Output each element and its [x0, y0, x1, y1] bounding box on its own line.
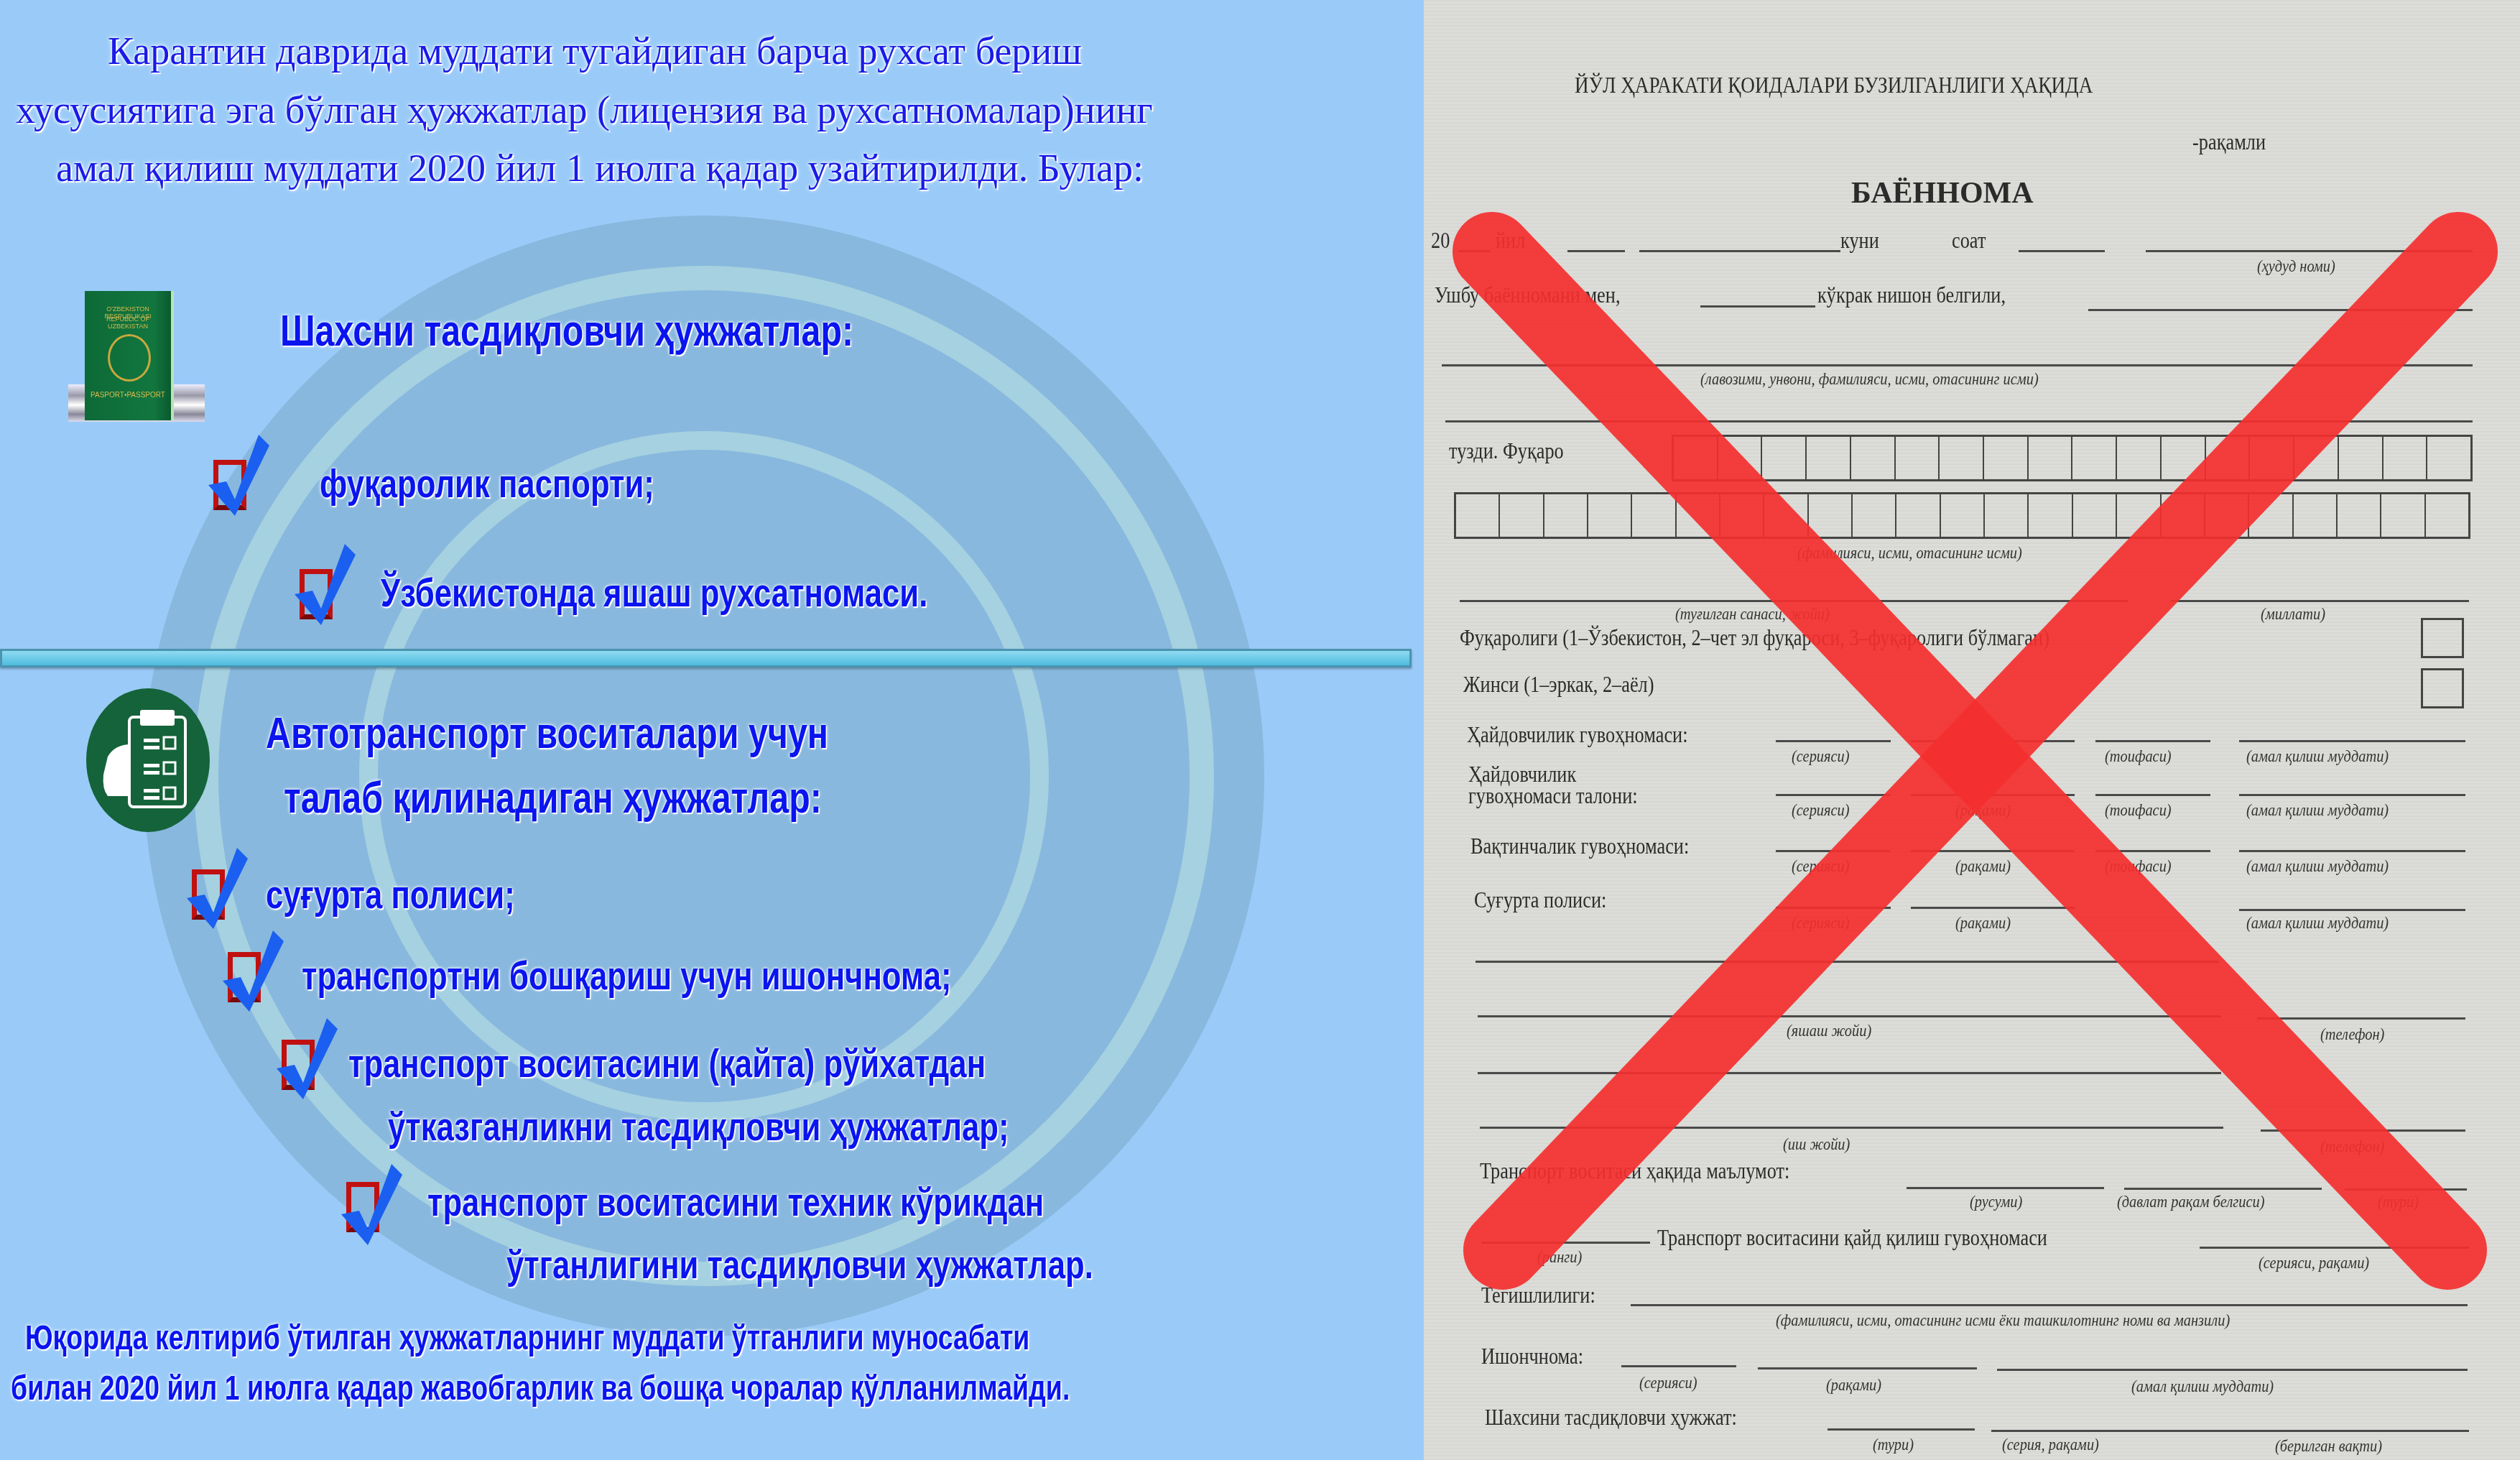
doc-ownership-line — [1631, 1304, 2468, 1306]
doc-caption: (серияси) — [1792, 801, 1850, 821]
protocol-document-image: ЙЎЛ ҲАРАКАТИ ҚОИДАЛАРИ БУЗИЛГАНЛИГИ ҲАҚИ… — [1424, 0, 2520, 1460]
doc-caption: (тури) — [1873, 1436, 1914, 1455]
doc-name-grid-2 — [1454, 492, 2470, 539]
doc-caption: (серияси) — [1792, 747, 1850, 767]
section-divider — [0, 649, 1412, 667]
doc-caption: (амал қилиш муддати) — [2131, 1377, 2274, 1397]
doc-author-line — [2088, 309, 2473, 311]
doc-phone-line-2 — [2261, 1129, 2465, 1132]
intro-line-3: амал қилиш муддати 2020 йил 1 июлга қада… — [56, 146, 1144, 190]
doc-caption: (амал қилиш муддати) — [2246, 747, 2389, 767]
doc-caption: (тури) — [2378, 1193, 2419, 1212]
checkmark-icon — [273, 1015, 338, 1101]
doc-work-line-2 — [1480, 1127, 2223, 1129]
doc-temp-license-label: Вақтинчалик гувоҳномаси: — [1470, 833, 1689, 859]
doc-name-grid-1 — [1672, 435, 2473, 481]
doc-phone-caption: (телефон) — [2320, 1137, 2384, 1157]
doc-gender-label: Жинси (1–эркак, 2–аёл) — [1463, 672, 1654, 698]
checkmark-icon — [338, 1160, 402, 1247]
doc-caption: (давлат рақам белгиси) — [2117, 1193, 2265, 1212]
doc-region-caption: (ҳудуд номи) — [2257, 257, 2335, 277]
doc-color-line — [1481, 1242, 1650, 1244]
checkmark-icon — [219, 927, 284, 1013]
checkmark-icon — [205, 431, 269, 517]
doc-nationality-caption: (миллати) — [2261, 605, 2325, 624]
intro-line-1: Карантин даврида муддати тугайдиган барч… — [108, 29, 1082, 73]
doc-citizenship-box — [2421, 618, 2464, 658]
doc-month-line — [1639, 250, 1840, 252]
doc-hour-label: соат — [1952, 228, 1986, 254]
doc-caption: (рақами) — [1955, 914, 2011, 933]
doc-nationality-line — [2171, 600, 2469, 602]
doc-caption: (тоифаси) — [2105, 801, 2172, 821]
section2-heading-line-2: талаб қилинадиган ҳужжатлар: — [284, 772, 822, 823]
doc-badge-text: кўкрак нишон белгили, — [1817, 282, 2006, 308]
item-proxy: транспортни бошқариш учун ишончнома; — [302, 952, 951, 999]
passport-country-en-text: REPUBLIC OF UZBEKISTAN — [89, 315, 167, 330]
doc-year-label: йил — [1496, 228, 1525, 254]
doc-caption: (рақами) — [1955, 857, 2011, 877]
doc-caption: (амал қилиш муддати) — [2246, 914, 2389, 933]
doc-year-line — [1458, 250, 1491, 252]
doc-caption: (рақами) — [1955, 801, 2011, 821]
item-passport: фуқаролик паспорти; — [320, 460, 654, 507]
doc-author-line-3 — [1445, 420, 2473, 422]
doc-ownership-label: Тегишлилиги: — [1481, 1283, 1595, 1308]
doc-caption: (серияси, рақами) — [2259, 1254, 2369, 1273]
item-registration-line-2: ўтказганликни тасдиқловчи ҳужжатлар; — [388, 1103, 1009, 1150]
item-residence-permit: Ўзбекистонда яшаш рухсатномаси. — [381, 569, 927, 616]
doc-caption: (серияси) — [1639, 1374, 1697, 1393]
doc-talon-label-2: гувоҳномаси талони: — [1468, 783, 1638, 809]
car-checklist-icon — [86, 688, 210, 832]
emblem-icon — [108, 334, 151, 382]
doc-badge-line — [1700, 305, 1815, 308]
doc-caption: (берилган вақти) — [2275, 1437, 2382, 1456]
doc-caption: (фамилияси, исми, отасининг исми ёки таш… — [1776, 1311, 2230, 1331]
doc-caption: (рақами) — [1955, 747, 2011, 767]
doc-region-line — [2146, 250, 2473, 252]
doc-title: БАЁННОМА — [1851, 176, 2034, 211]
doc-work-line-1 — [1478, 1072, 2221, 1074]
section2-heading-line-1: Автотранспорт воситалари учун — [266, 708, 828, 759]
section1-heading: Шахсни тасдиқловчи ҳужжатлар: — [280, 305, 853, 356]
doc-caption: (серияси) — [1792, 857, 1850, 877]
doc-address-line-2 — [1478, 1015, 2221, 1017]
doc-birth-line — [1460, 600, 2128, 602]
doc-caption: (тоифаси) — [2105, 857, 2172, 877]
info-panel: Карантин даврида муддати тугайдиган барч… — [0, 0, 1424, 1460]
doc-phone-caption: (телефон) — [2320, 1025, 2384, 1045]
doc-caption: (русуми) — [1970, 1193, 2022, 1212]
passport-icon: O'ZBEKISTON RESPUBLIKASI REPUBLIC OF UZB… — [85, 291, 174, 420]
doc-work-caption: (иш жойи) — [1783, 1135, 1850, 1155]
doc-hour-line — [2019, 250, 2105, 252]
footer-line-2: билан 2020 йил 1 июлга қадар жавобгарлик… — [11, 1369, 1070, 1408]
doc-address-line-1 — [1476, 961, 2219, 963]
footer-line-1: Юқорида келтириб ўтилган ҳужжатларнинг м… — [25, 1318, 1029, 1358]
checkmark-icon — [291, 540, 356, 627]
item-registration-line-1: транспорт воситасини (қайта) рўйхатдан — [348, 1040, 986, 1086]
doc-registration-label: Транспорт воситасини қайд қилиш гувоҳном… — [1657, 1225, 2047, 1251]
doc-registration-line — [2200, 1247, 2469, 1249]
checkmark-icon — [183, 844, 248, 930]
doc-caption: (серия, рақами) — [2002, 1436, 2099, 1455]
doc-caption: (серияси) — [1792, 914, 1850, 933]
doc-vehicle-label: Транспорт воситаси ҳақида маълумот: — [1480, 1158, 1789, 1184]
doc-gender-box — [2421, 668, 2464, 708]
item-insurance: суғурта полиси; — [266, 871, 515, 918]
doc-author-caption: (лавозими, унвони, фамилияси, исми, отас… — [1700, 370, 2039, 389]
doc-title-top: ЙЎЛ ҲАРАКАТИ ҚОИДАЛАРИ БУЗИЛГАНЛИГИ ҲАҚИ… — [1575, 72, 2093, 98]
doc-number-suffix: -рақамли — [2192, 129, 2266, 155]
doc-phone-line-1 — [2257, 1017, 2465, 1020]
doc-insurance-label: Суғурта полиси: — [1474, 887, 1606, 913]
doc-caption: (амал қилиш муддати) — [2246, 801, 2389, 821]
doc-birth-caption: (туғилган санаси, жойи) — [1675, 605, 1830, 624]
doc-color-caption: (ранги) — [1537, 1248, 1582, 1267]
doc-caption: (амал қилиш муддати) — [2246, 857, 2389, 877]
doc-citizenship-label: Фуқаролиги (1–Ўзбекистон, 2–чет эл фуқар… — [1460, 625, 2049, 651]
doc-citizen-label: тузди. Фуқаро — [1449, 438, 1564, 464]
doc-id-label: Шахсини тасдиқловчи ҳужжат: — [1485, 1405, 1737, 1431]
doc-caption: (тоифаси) — [2105, 747, 2172, 767]
doc-day-label: куни — [1840, 228, 1879, 254]
doc-day-line — [1567, 250, 1625, 252]
doc-author-line-2 — [1442, 364, 2473, 366]
intro-line-2: хусусиятига эга бўлган ҳужжатлар (лиценз… — [16, 88, 1153, 132]
doc-caption: (рақами) — [1826, 1376, 1881, 1395]
doc-residence-caption: (яшаш жойи) — [1787, 1022, 1871, 1041]
doc-author-text: Ушбу баённомани мен, — [1435, 282, 1621, 308]
doc-fio-caption: (фамилияси, исми, отасининг исми) — [1797, 544, 2022, 563]
passport-label-text: PASPORT•PASSPORT — [89, 392, 167, 399]
item-inspection-line-2: ўтганлигини тасдиқловчи ҳужжатлар. — [506, 1241, 1093, 1288]
doc-year-prefix: 20 — [1431, 228, 1450, 254]
item-inspection-line-1: транспорт воситасини техник кўрикдан — [427, 1178, 1044, 1225]
doc-license-label: Ҳайдовчилик гувоҳномаси: — [1467, 722, 1688, 748]
doc-proxy-label: Ишончнома: — [1481, 1344, 1583, 1369]
